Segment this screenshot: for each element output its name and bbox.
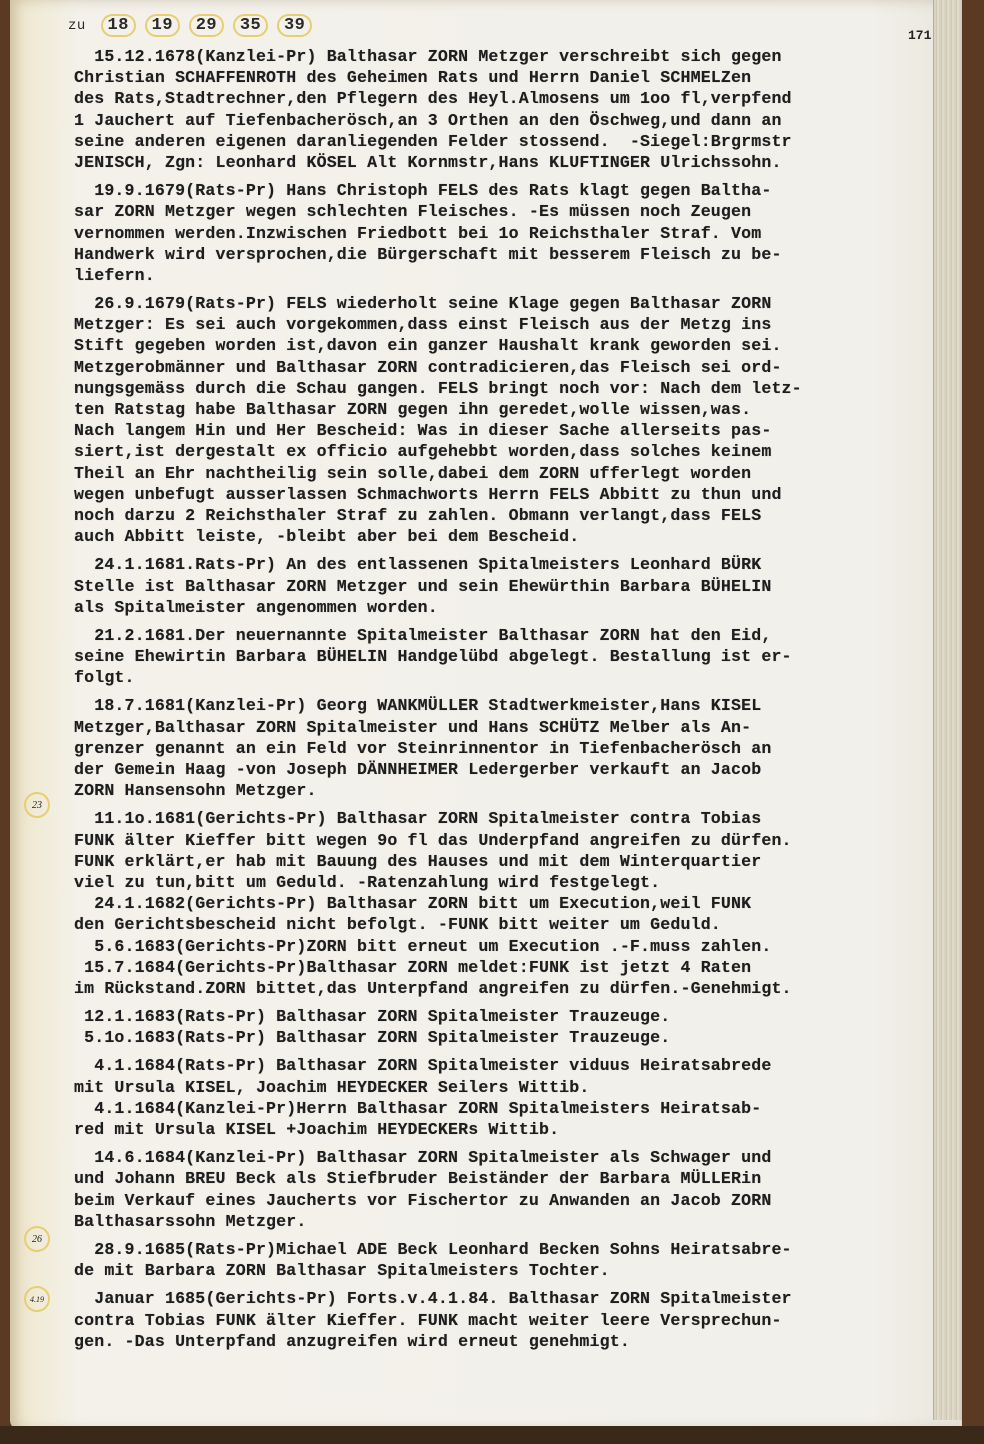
entry-line: folgt. [74,667,954,688]
page-number: 171 [908,28,931,43]
entry-line: liefern. [74,265,954,286]
record-entry: 11.1o.1681(Gerichts-Pr) Balthasar ZORN S… [74,808,954,893]
entry-line: nungsgemäss durch die Schau gangen. FELS… [74,378,954,399]
record-entry: 18.7.1681(Kanzlei-Pr) Georg WANKMÜLLER S… [74,695,954,801]
record-entry: 24.1.1681.Rats-Pr) An des entlassenen Sp… [74,554,954,618]
entry-line: im Rückstand.ZORN bittet,das Unterpfand … [74,978,954,999]
entry-line: Christian SCHAFFENROTH des Geheimen Rats… [74,67,954,88]
entry-line: Metzgerobmänner und Balthasar ZORN contr… [74,357,954,378]
entry-line: de mit Barbara ZORN Balthasar Spitalmeis… [74,1260,954,1281]
reference-number: 39 [277,14,312,37]
entry-line: 19.9.1679(Rats-Pr) Hans Christoph FELS d… [74,180,954,201]
record-entry: 4.1.1684(Kanzlei-Pr)Herrn Balthasar ZORN… [74,1098,954,1140]
entry-line: sar ZORN Metzger wegen schlechten Fleisc… [74,201,954,222]
entry-line: Januar 1685(Gerichts-Pr) Forts.v.4.1.84.… [74,1288,954,1309]
entry-line: beim Verkauf eines Jaucherts vor Fischer… [74,1190,954,1211]
entry-line: 15.12.1678(Kanzlei-Pr) Balthasar ZORN Me… [74,46,954,67]
typewritten-entries: 15.12.1678(Kanzlei-Pr) Balthasar ZORN Me… [74,46,954,1359]
margin-annotation: 26 [24,1226,50,1252]
entry-line: ten Ratstag habe Balthasar ZORN gegen ih… [74,399,954,420]
record-entry: 28.9.1685(Rats-Pr)Michael ADE Beck Leonh… [74,1239,954,1281]
entry-line: grenzer genannt an ein Feld vor Steinrin… [74,738,954,759]
entry-line: seine anderen eigenen daranliegenden Fel… [74,131,954,152]
entry-line: mit Ursula KISEL, Joachim HEYDECKER Seil… [74,1077,954,1098]
record-entry: 12.1.1683(Rats-Pr) Balthasar ZORN Spital… [74,1006,954,1027]
entry-line: 28.9.1685(Rats-Pr)Michael ADE Beck Leonh… [74,1239,954,1260]
record-entry: 21.2.1681.Der neuernannte Spitalmeister … [74,625,954,689]
entry-line: 15.7.1684(Gerichts-Pr)Balthasar ZORN mel… [74,957,954,978]
entry-line: gen. -Das Unterpfand anzugreifen wird er… [74,1331,954,1352]
entry-line: den Gerichtsbescheid nicht befolgt. -FUN… [74,914,954,935]
record-entry: Januar 1685(Gerichts-Pr) Forts.v.4.1.84.… [74,1288,954,1352]
entry-line: 14.6.1684(Kanzlei-Pr) Balthasar ZORN Spi… [74,1147,954,1168]
entry-line: 24.1.1681.Rats-Pr) An des entlassenen Sp… [74,554,954,575]
entry-line: JENISCH, Zgn: Leonhard KÖSEL Alt Kornmst… [74,152,954,173]
entry-line: 4.1.1684(Rats-Pr) Balthasar ZORN Spitalm… [74,1055,954,1076]
reference-number: 29 [189,14,224,37]
entry-line: 21.2.1681.Der neuernannte Spitalmeister … [74,625,954,646]
entry-line: Metzger: Es sei auch vorgekommen,dass ei… [74,314,954,335]
entry-line: viel zu tun,bitt um Geduld. -Ratenzahlun… [74,872,954,893]
entry-line: siert,ist dergestalt ex officio aufgeheb… [74,441,954,462]
record-entry: 24.1.1682(Gerichts-Pr) Balthasar ZORN bi… [74,893,954,935]
entry-line: als Spitalmeister angenommen worden. [74,597,954,618]
record-entry: 26.9.1679(Rats-Pr) FELS wiederholt seine… [74,293,954,547]
entry-line: FUNK erklärt,er hab mit Bauung des Hause… [74,851,954,872]
reference-number: 19 [145,14,180,37]
entry-line: wegen unbefugt ausserlassen Schmachworts… [74,484,954,505]
entry-line: ZORN Hansensohn Metzger. [74,780,954,801]
entry-line: 26.9.1679(Rats-Pr) FELS wiederholt seine… [74,293,954,314]
record-entry: 19.9.1679(Rats-Pr) Hans Christoph FELS d… [74,180,954,286]
entry-line: 11.1o.1681(Gerichts-Pr) Balthasar ZORN S… [74,808,954,829]
entry-line: 24.1.1682(Gerichts-Pr) Balthasar ZORN bi… [74,893,954,914]
book-binding-shadow [0,1426,984,1444]
entry-line: 4.1.1684(Kanzlei-Pr)Herrn Balthasar ZORN… [74,1098,954,1119]
entry-line: 12.1.1683(Rats-Pr) Balthasar ZORN Spital… [74,1006,954,1027]
entry-line: 5.1o.1683(Rats-Pr) Balthasar ZORN Spital… [74,1027,954,1048]
cross-reference-header: zu 18 19 29 35 39 [68,14,310,37]
margin-annotation: 4.19 [24,1286,50,1312]
entry-line: Metzger,Balthasar ZORN Spitalmeister und… [74,717,954,738]
record-entry: 4.1.1684(Rats-Pr) Balthasar ZORN Spitalm… [74,1055,954,1097]
entry-line: der Gemein Haag -von Joseph DÄNNHEIMER L… [74,759,954,780]
entry-line: auch Abbitt leiste, -bleibt aber bei dem… [74,526,954,547]
entry-line: Balthasarssohn Metzger. [74,1211,954,1232]
reference-number: 35 [233,14,268,37]
entry-line: 5.6.1683(Gerichts-Pr)ZORN bitt erneut um… [74,936,954,957]
entry-line: vernommen werden.Inzwischen Friedbott be… [74,223,954,244]
entry-line: contra Tobias FUNK älter Kieffer. FUNK m… [74,1310,954,1331]
record-entry: 14.6.1684(Kanzlei-Pr) Balthasar ZORN Spi… [74,1147,954,1232]
reference-number: 18 [101,14,136,37]
entry-line: Theil an Ehr nachtheilig sein solle,dabe… [74,463,954,484]
entry-line: noch darzu 2 Reichsthaler Straf zu zahle… [74,505,954,526]
entry-line: seine Ehewirtin Barbara BÜHELIN Handgelü… [74,646,954,667]
record-entry: 5.1o.1683(Rats-Pr) Balthasar ZORN Spital… [74,1027,954,1048]
entry-line: und Johann BREU Beck als Stiefbruder Bei… [74,1168,954,1189]
entry-line: red mit Ursula KISEL +Joachim HEYDECKERs… [74,1119,954,1140]
record-entry: 5.6.1683(Gerichts-Pr)ZORN bitt erneut um… [74,936,954,957]
margin-annotation: 23 [24,792,50,818]
entry-line: des Rats,Stadtrechner,den Pflegern des H… [74,88,954,109]
entry-line: Nach langem Hin und Her Bescheid: Was in… [74,420,954,441]
entry-line: 1 Jauchert auf Tiefenbacherösch,an 3 Ort… [74,110,954,131]
record-entry: 15.12.1678(Kanzlei-Pr) Balthasar ZORN Me… [74,46,954,173]
entry-line: 18.7.1681(Kanzlei-Pr) Georg WANKMÜLLER S… [74,695,954,716]
document-page: zu 18 19 29 35 39 171 15.12.1678(Kanzlei… [10,0,962,1430]
record-entry: 15.7.1684(Gerichts-Pr)Balthasar ZORN mel… [74,957,954,999]
entry-line: Handwerk wird versprochen,die Bürgerscha… [74,244,954,265]
reference-prefix: zu [68,18,86,34]
entry-line: Stift gegeben worden ist,davon ein ganze… [74,335,954,356]
entry-line: Stelle ist Balthasar ZORN Metzger und se… [74,576,954,597]
entry-line: FUNK älter Kieffer bitt wegen 9o fl das … [74,830,954,851]
